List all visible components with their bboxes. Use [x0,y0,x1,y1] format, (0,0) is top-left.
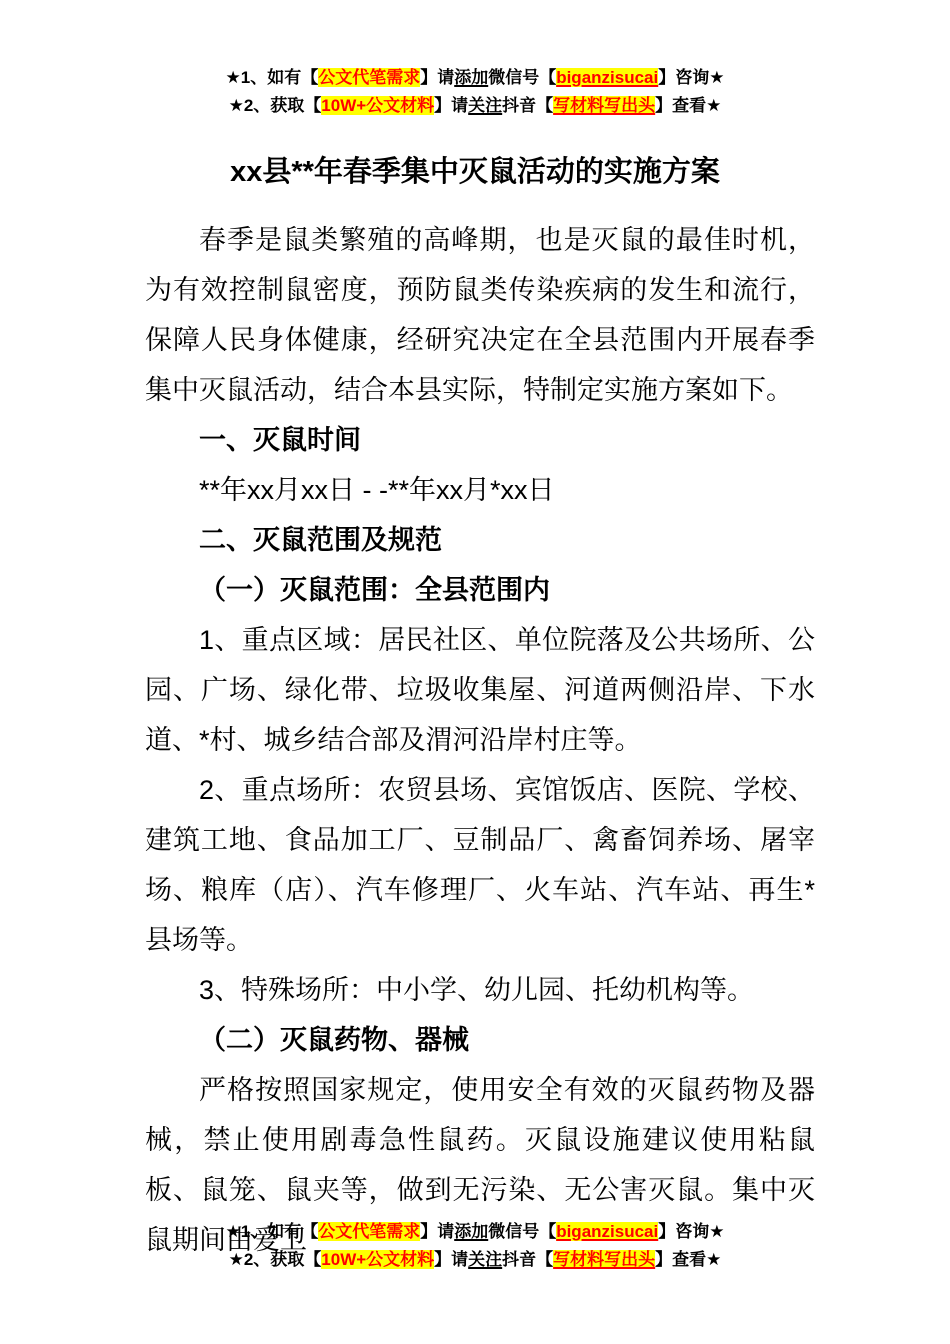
section-heading: （一）灭鼠范围：全县范围内 [145,565,815,615]
promo-text: 微信号【 [488,68,556,87]
promo-underline-follow: 关注 [468,96,502,115]
body-paragraph: **年xx月xx日 - -**年xx月*xx日 [145,465,815,515]
document-title: xx县**年春季集中灭鼠活动的实施方案 [0,150,950,194]
promo-highlight-writing-service: 公文代笔需求 [318,1222,420,1241]
promo-header: ★1、如有【公文代笔需求】请添加微信号【biganzisucai】咨询★ ★2、… [0,0,950,120]
body-paragraph: 3、特殊场所：中小学、幼儿园、托幼机构等。 [145,965,815,1015]
promo-text: 】咨询★ [658,1222,724,1241]
promo-text: 】请 [420,1222,454,1241]
body-paragraph: 2、重点场所：农贸县场、宾馆饭店、医院、学校、建筑工地、食品加工厂、豆制品厂、禽… [145,765,815,965]
promo-highlight-writing-service: 公文代笔需求 [318,68,420,87]
promo-underline-add: 添加 [454,1222,488,1241]
promo-highlight-wechat-id: biganzisucai [556,1222,658,1241]
promo-text: 】查看★ [655,1250,721,1269]
body-paragraph: 春季是鼠类繁殖的高峰期，也是灭鼠的最佳时机，为有效控制鼠密度，预防鼠类传染疾病的… [145,215,815,415]
promo-footer-line-1: ★1、如有【公文代笔需求】请添加微信号【biganzisucai】咨询★ [0,1218,950,1246]
promo-text: 】请 [434,1250,468,1269]
body-paragraph: 1、重点区域：居民社区、单位院落及公共场所、公园、广场、绿化带、垃圾收集屋、河道… [145,615,815,765]
promo-text: 抖音【 [502,96,553,115]
document-page: ★1、如有【公文代笔需求】请添加微信号【biganzisucai】咨询★ ★2、… [0,0,950,1344]
section-heading: （二）灭鼠药物、器械 [145,1015,815,1065]
promo-text: 】咨询★ [658,68,724,87]
promo-text: 】查看★ [655,96,721,115]
promo-highlight-douyin-id: 写材料写出头 [553,96,655,115]
page: { "promo": { "line1": [ {"text": "★1、如有【… [0,0,950,1344]
promo-underline-follow: 关注 [468,1250,502,1269]
document-body: 春季是鼠类繁殖的高峰期，也是灭鼠的最佳时机，为有效控制鼠密度，预防鼠类传染疾病的… [145,215,815,1265]
promo-text: 】请 [434,96,468,115]
promo-text: ★2、获取【 [229,1250,322,1269]
promo-header-line-2: ★2、获取【10W+公文材料】请关注抖音【写材料写出头】查看★ [0,92,950,120]
promo-text: ★2、获取【 [229,96,322,115]
section-heading: 二、灭鼠范围及规范 [145,515,815,565]
promo-text: 】请 [420,68,454,87]
promo-highlight-materials: 10W+公文材料 [321,1250,434,1269]
promo-highlight-douyin-id: 写材料写出头 [553,1250,655,1269]
promo-highlight-materials: 10W+公文材料 [321,96,434,115]
promo-highlight-wechat-id: biganzisucai [556,68,658,87]
promo-underline-add: 添加 [454,68,488,87]
promo-text: 微信号【 [488,1222,556,1241]
promo-text: 抖音【 [502,1250,553,1269]
promo-footer-line-2: ★2、获取【10W+公文材料】请关注抖音【写材料写出头】查看★ [0,1246,950,1274]
promo-header-line-1: ★1、如有【公文代笔需求】请添加微信号【biganzisucai】咨询★ [0,64,950,92]
promo-text: ★1、如有【 [226,68,319,87]
promo-text: ★1、如有【 [226,1222,319,1241]
section-heading: 一、灭鼠时间 [145,415,815,465]
promo-footer: ★1、如有【公文代笔需求】请添加微信号【biganzisucai】咨询★ ★2、… [0,1218,950,1274]
